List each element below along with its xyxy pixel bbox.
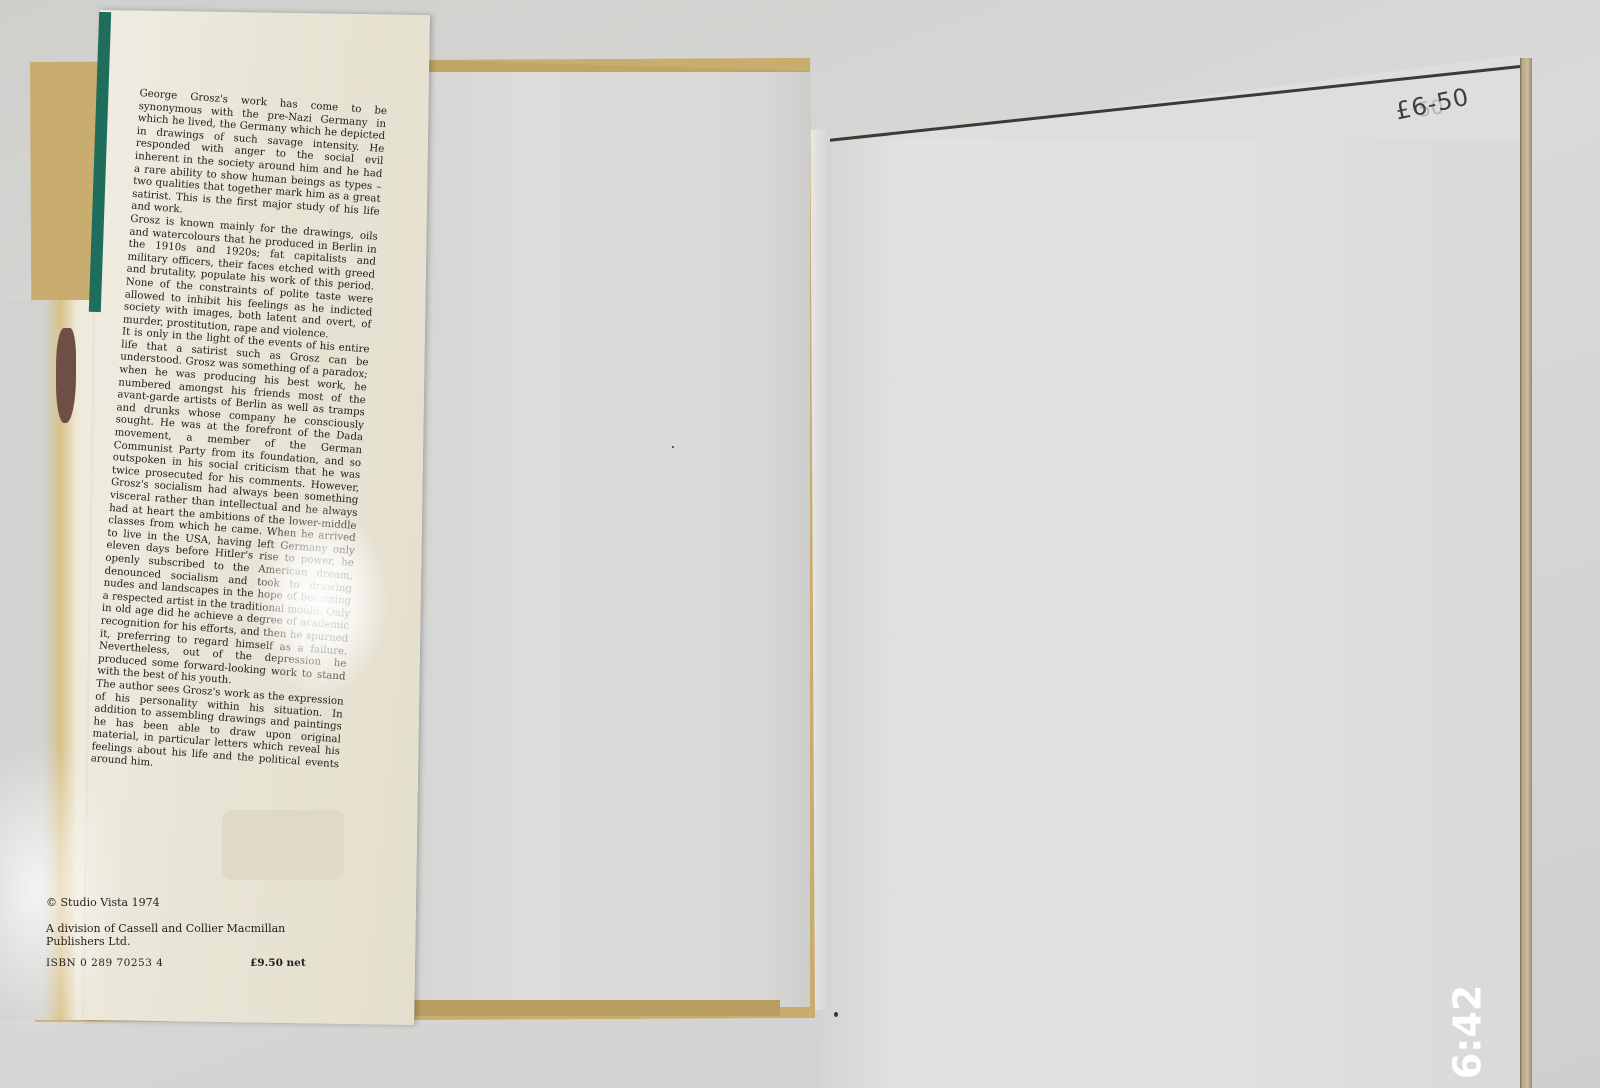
blurb-paragraph: Grosz is known mainly for the drawings, … xyxy=(122,214,378,345)
isbn-line: ISBN 0 289 70253 4 xyxy=(46,957,163,969)
torn-jacket-edge xyxy=(56,328,76,423)
timestamp-overlay: 6:42 xyxy=(1445,985,1489,1080)
publisher-line: A division of Cassell and Collier Macmil… xyxy=(46,922,286,948)
blurb-paragraph: George Grosz's work has come to be synon… xyxy=(131,88,388,232)
light-glare-lower xyxy=(0,740,120,1040)
dust-speck xyxy=(672,446,674,448)
copyright-line: © Studio Vista 1974 xyxy=(46,896,160,909)
jacket-price: £9.50 net xyxy=(250,957,306,969)
book-fore-edge xyxy=(1518,58,1532,1088)
light-glare xyxy=(250,500,390,700)
dust-speck xyxy=(834,1012,838,1017)
sticker-residue xyxy=(222,810,344,880)
right-endpaper xyxy=(820,140,1520,1088)
